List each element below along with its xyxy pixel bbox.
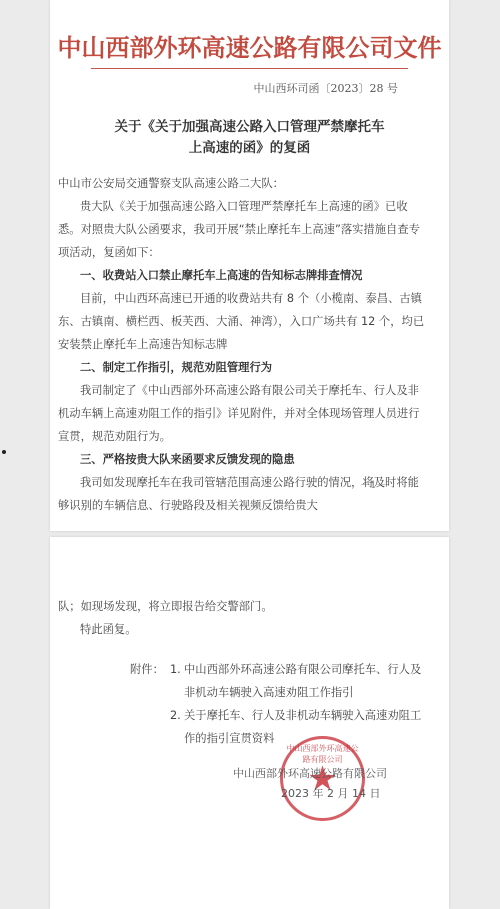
- salutation: 中山市公安局交通警察支队高速公路二大队：: [58, 172, 428, 195]
- document-page-1: 中山西部外环高速公路有限公司文件 中山西环司函〔2023〕28 号 关于《关于加…: [50, 0, 449, 531]
- document-page-2: 队；如现场发现，将立即报告给交警部门。 特此函复。 附件： 1. 中山西部外环高…: [50, 537, 449, 909]
- section-2-body: 我司制定了《中山西部外环高速公路有限公司关于摩托车、行人及非机动车辆上高速劝阻工…: [58, 379, 428, 448]
- signature-company: 中山西部外环高速公路有限公司: [233, 764, 387, 784]
- attachment-text: 中山西部外环高速公路有限公司摩托车、行人及非机动车辆驶入高速劝阻工作指引: [184, 658, 430, 704]
- section-3-heading: 三、严格按贵大队来函要求反馈发现的隐患: [58, 448, 428, 471]
- document-body-continued: 队；如现场发现，将立即报告给交警部门。 特此函复。: [58, 595, 428, 641]
- title-line-1: 关于《关于加强高速公路入口管理严禁摩托车: [50, 117, 449, 138]
- document-body: 中山市公安局交通警察支队高速公路二大队： 贵大队《关于加强高速公路入口管理严禁摩…: [58, 172, 428, 517]
- signature-date: 2023 年 2 月 14 日: [233, 784, 387, 804]
- attachment-number: 1.: [170, 658, 184, 704]
- attachments-label: 附件：: [130, 658, 170, 704]
- attachment-number: 2.: [170, 704, 184, 750]
- signature-block: 中山西部外环高速公路有限公司 2023 年 2 月 14 日: [233, 764, 387, 804]
- attachments-list: 附件： 1. 中山西部外环高速公路有限公司摩托车、行人及非机动车辆驶入高速劝阻工…: [130, 658, 430, 750]
- attachment-item: 附件： 1. 中山西部外环高速公路有限公司摩托车、行人及非机动车辆驶入高速劝阻工…: [130, 658, 430, 704]
- document-number: 中山西环司函〔2023〕28 号: [254, 80, 399, 96]
- section-2-heading: 二、制定工作指引，规范劝阻管理行为: [58, 356, 428, 379]
- attachment-item: 2. 关于摩托车、行人及非机动车辆驶入高速劝阻工作的指引宣贯资料: [130, 704, 430, 750]
- letterhead-title: 中山西部外环高速公路有限公司文件: [50, 28, 449, 63]
- section-1-body: 目前，中山西环高速已开通的收费站共有 8 个（小榄南、泰昌、古镇东、古镇南、横栏…: [58, 287, 428, 356]
- document-title: 关于《关于加强高速公路入口管理严禁摩托车 上高速的函》的复函: [50, 117, 449, 159]
- section-1-heading: 一、收费站入口禁止摩托车上高速的告知标志牌排查情况: [58, 264, 428, 287]
- title-line-2: 上高速的函》的复函: [50, 138, 449, 159]
- letterhead-divider: [91, 68, 408, 69]
- intro-paragraph: 贵大队《关于加强高速公路入口管理严禁摩托车上高速的函》已收悉。对照贵大队公函要求…: [58, 195, 428, 264]
- continuation-text: 队；如现场发现，将立即报告给交警部门。: [58, 595, 428, 618]
- closing-text: 特此函复。: [58, 618, 428, 641]
- bullet-dot: [2, 450, 6, 454]
- page-number: －1－: [360, 476, 386, 491]
